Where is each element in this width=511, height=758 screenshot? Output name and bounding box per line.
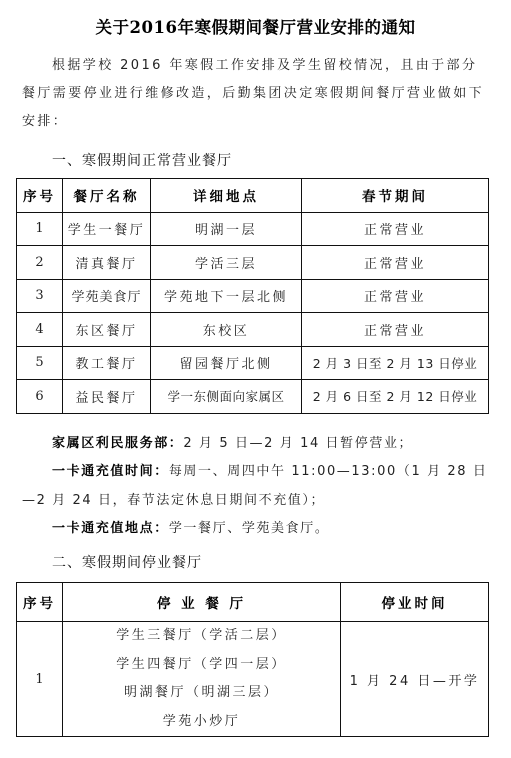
table-row: 4 东区餐厅 东校区 正常营业 (17, 313, 489, 347)
cell-name: 清真餐厅 (63, 246, 151, 280)
table-row: 5 教工餐厅 留园餐厅北侧 2 月 3 日至 2 月 13 日停业 (17, 346, 489, 380)
recharge-time-text: 每周一、周四中午 11:00—13:00（1 月 28 日 (169, 464, 488, 479)
cell-spring-festival: 正常营业 (302, 246, 489, 280)
col-header-no: 序号 (17, 583, 63, 622)
cell-name: 东区餐厅 (63, 313, 151, 347)
service-note: 家属区利民服务部：2 月 5 日—2 月 14 日暂停营业； (52, 432, 413, 451)
table-row: 2 清真餐厅 学活三层 正常营业 (17, 246, 489, 280)
cell-spring-festival: 正常营业 (302, 212, 489, 246)
cell-no: 5 (17, 346, 63, 380)
cell-spring-festival: 2 月 3 日至 2 月 13 日停业 (302, 346, 489, 380)
cell-spring-festival: 2 月 6 日至 2 月 12 日停业 (302, 380, 489, 414)
table-row: 3 学苑美食厅 学苑地下一层北侧 正常营业 (17, 279, 489, 313)
cell-location: 东校区 (151, 313, 302, 347)
cell-name: 学生一餐厅 (63, 212, 151, 246)
cell-no: 6 (17, 380, 63, 414)
cell-location: 留园餐厅北侧 (151, 346, 302, 380)
cell-no: 2 (17, 246, 63, 280)
cell-restaurants: 学生三餐厅（学活二层） 学生四餐厅（学四一层） 明湖餐厅（明湖三层） 学苑小炒厅 (63, 622, 341, 737)
service-text: 2 月 5 日—2 月 14 日暂停营业； (183, 436, 413, 451)
cell-no: 3 (17, 279, 63, 313)
service-label: 家属区利民服务部： (52, 436, 183, 451)
table-row: 6 益民餐厅 学一东侧面向家属区 2 月 6 日至 2 月 12 日停业 (17, 380, 489, 414)
recharge-place-note: 一卡通充值地点：学一餐厅、学苑美食厅。 (52, 517, 329, 536)
recharge-time-cont: —2 月 24 日，春节法定休息日期间不充值）； (22, 489, 325, 508)
col-header-restaurants: 停 业 餐 厅 (63, 583, 341, 622)
cell-spring-festival: 正常营业 (302, 279, 489, 313)
cell-name: 学苑美食厅 (63, 279, 151, 313)
col-header-name: 餐厅名称 (63, 179, 151, 213)
restaurant-item: 学苑小炒厅 (63, 708, 340, 737)
cell-location: 学一东侧面向家属区 (151, 380, 302, 414)
table-header-row: 序号 餐厅名称 详细地点 春节期间 (17, 179, 489, 213)
recharge-time-note: 一卡通充值时间：每周一、周四中午 11:00—13:00（1 月 28 日 (52, 460, 487, 479)
cell-location: 学苑地下一层北侧 (151, 279, 302, 313)
open-restaurants-table: 序号 餐厅名称 详细地点 春节期间 1 学生一餐厅 明湖一层 正常营业 2 清真… (16, 178, 489, 414)
recharge-place-text: 学一餐厅、学苑美食厅。 (169, 521, 330, 536)
table-row: 1 学生三餐厅（学活二层） 学生四餐厅（学四一层） 明湖餐厅（明湖三层） 学苑小… (17, 622, 489, 737)
table-header-row: 序号 停 业 餐 厅 停业时间 (17, 583, 489, 622)
col-header-no: 序号 (17, 179, 63, 213)
cell-closure-time: 1 月 24 日—开学 (341, 622, 489, 737)
cell-no: 1 (17, 622, 63, 737)
cell-location: 明湖一层 (151, 212, 302, 246)
col-header-closure-time: 停业时间 (341, 583, 489, 622)
cell-no: 4 (17, 313, 63, 347)
cell-spring-festival: 正常营业 (302, 313, 489, 347)
restaurant-item: 学生三餐厅（学活二层） (63, 622, 340, 651)
cell-location: 学活三层 (151, 246, 302, 280)
intro-paragraph: 根据学校 2016 年寒假工作安排及学生留校情况，且由于部分餐厅需要停业进行维修… (22, 52, 492, 136)
closed-restaurants-table: 序号 停 业 餐 厅 停业时间 1 学生三餐厅（学活二层） 学生四餐厅（学四一层… (16, 582, 489, 737)
col-header-spring-festival: 春节期间 (302, 179, 489, 213)
cell-name: 教工餐厅 (63, 346, 151, 380)
restaurant-item: 学生四餐厅（学四一层） (63, 651, 340, 680)
section2-heading: 二、寒假期间停业餐厅 (52, 552, 202, 572)
col-header-location: 详细地点 (151, 179, 302, 213)
intro-text: 根据学校 2016 年寒假工作安排及学生留校情况，且由于部分餐厅需要停业进行维修… (22, 58, 484, 129)
recharge-place-label: 一卡通充值地点： (52, 521, 169, 536)
table-row: 1 学生一餐厅 明湖一层 正常营业 (17, 212, 489, 246)
recharge-time-label: 一卡通充值时间： (52, 464, 169, 479)
document-title: 关于2016年寒假期间餐厅营业安排的通知 (0, 14, 511, 38)
restaurant-item: 明湖餐厅（明湖三层） (63, 679, 340, 708)
cell-name: 益民餐厅 (63, 380, 151, 414)
section1-heading: 一、寒假期间正常营业餐厅 (52, 150, 232, 170)
cell-no: 1 (17, 212, 63, 246)
